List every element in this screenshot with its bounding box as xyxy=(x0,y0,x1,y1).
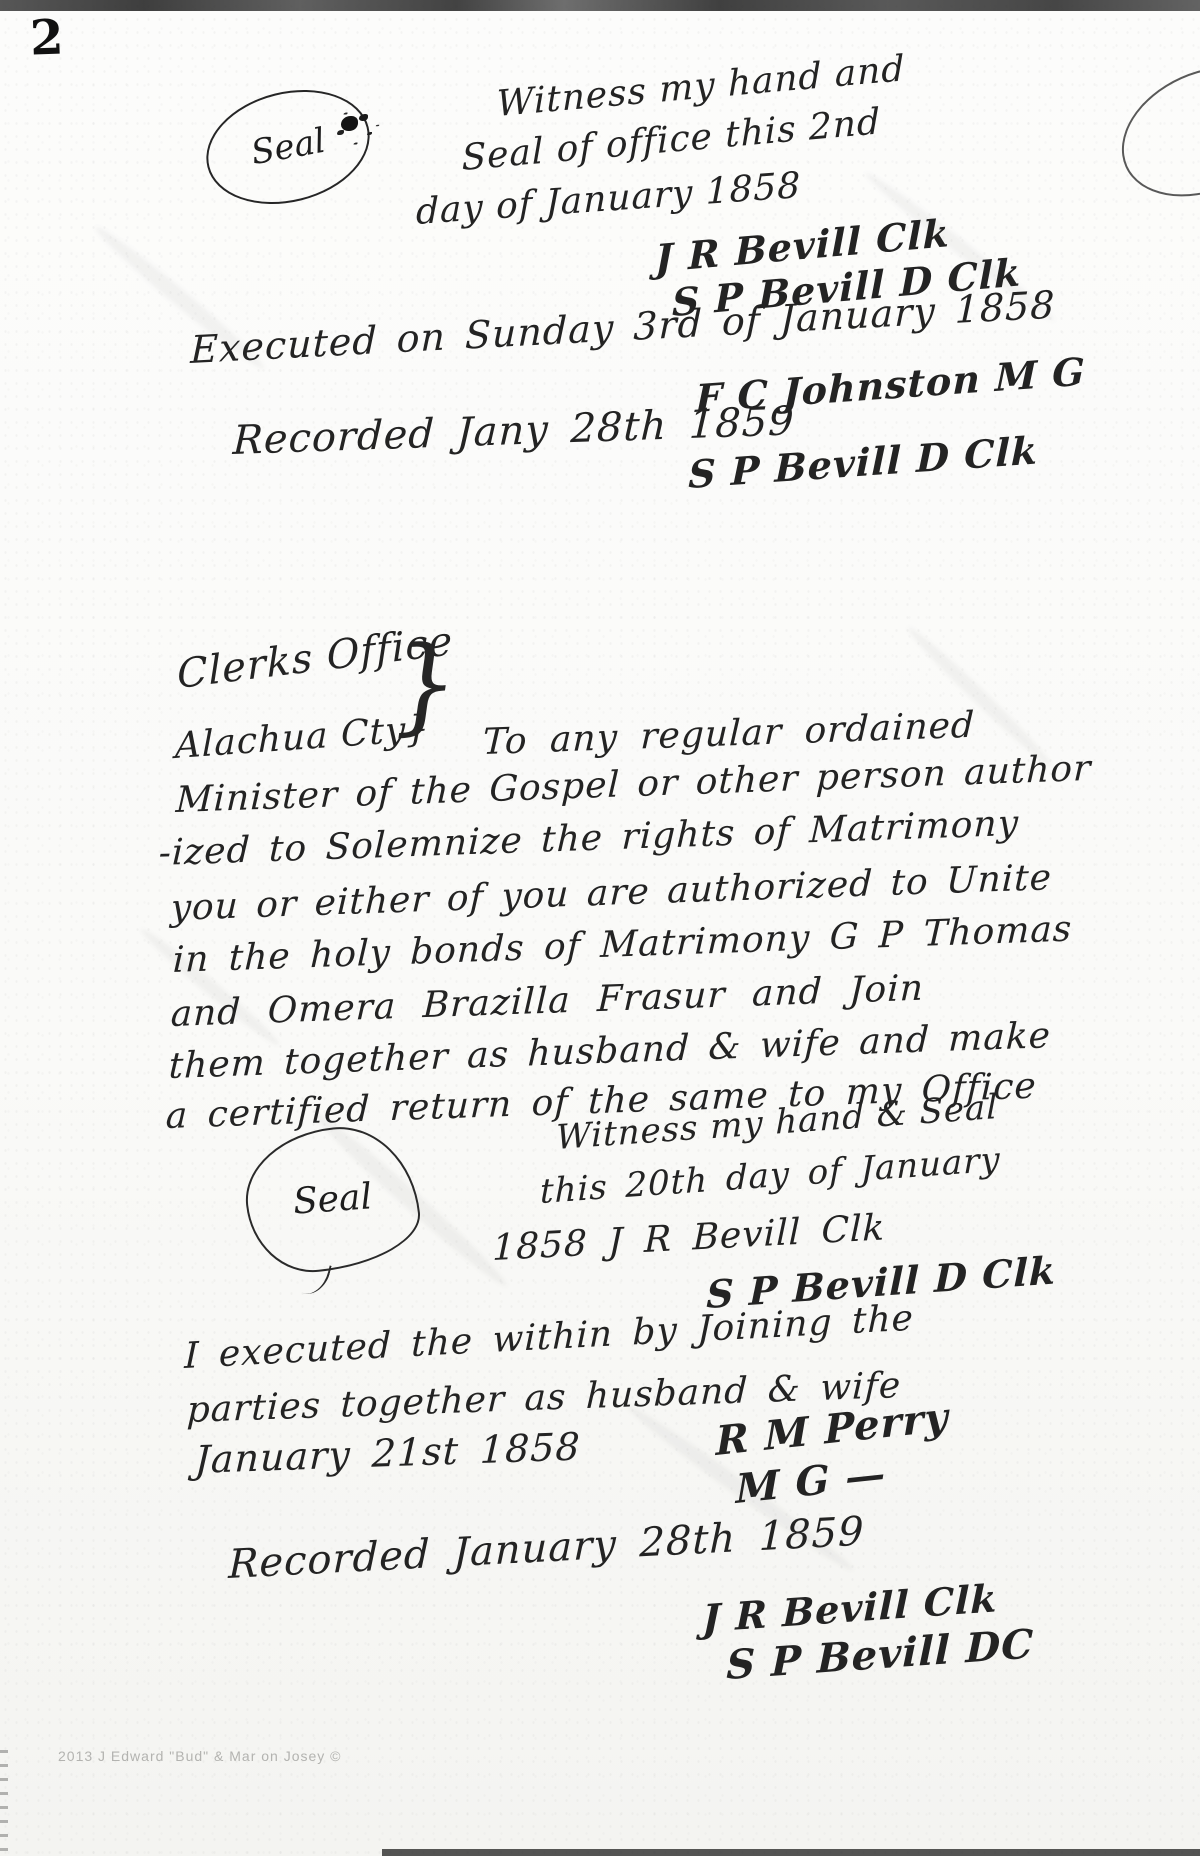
copyright-watermark: 2013 J Edward "Bud" & Mar on Josey © xyxy=(58,1748,342,1764)
oval-seal: Seal xyxy=(194,74,382,221)
witness-line: 1858 J R Bevill Clk xyxy=(492,1207,886,1269)
county-label: Alachua Cty} xyxy=(175,708,430,767)
page-number: 2 xyxy=(29,9,64,66)
scanner-edge-bottom xyxy=(382,1849,1200,1856)
executed-line: Executed on Sunday 3rd of January 1858 xyxy=(190,283,1056,372)
scanned-document-page: { "page": { "number": "2", "watermark": … xyxy=(0,0,1200,1856)
scanner-edge-top xyxy=(0,0,1200,11)
return-date-line: January 21st 1858 xyxy=(194,1424,581,1482)
seal-label: Seal xyxy=(248,121,328,173)
ink-flourish-arc xyxy=(1101,42,1200,221)
scanner-edge-left-specks xyxy=(0,1750,8,1856)
seal-label: Seal xyxy=(291,1176,373,1222)
return-line: I executed the within by Joining the xyxy=(184,1298,914,1377)
cloud-seal: Seal xyxy=(239,1119,425,1278)
recorded-line: Recorded January 28th 1859 xyxy=(228,1509,865,1588)
